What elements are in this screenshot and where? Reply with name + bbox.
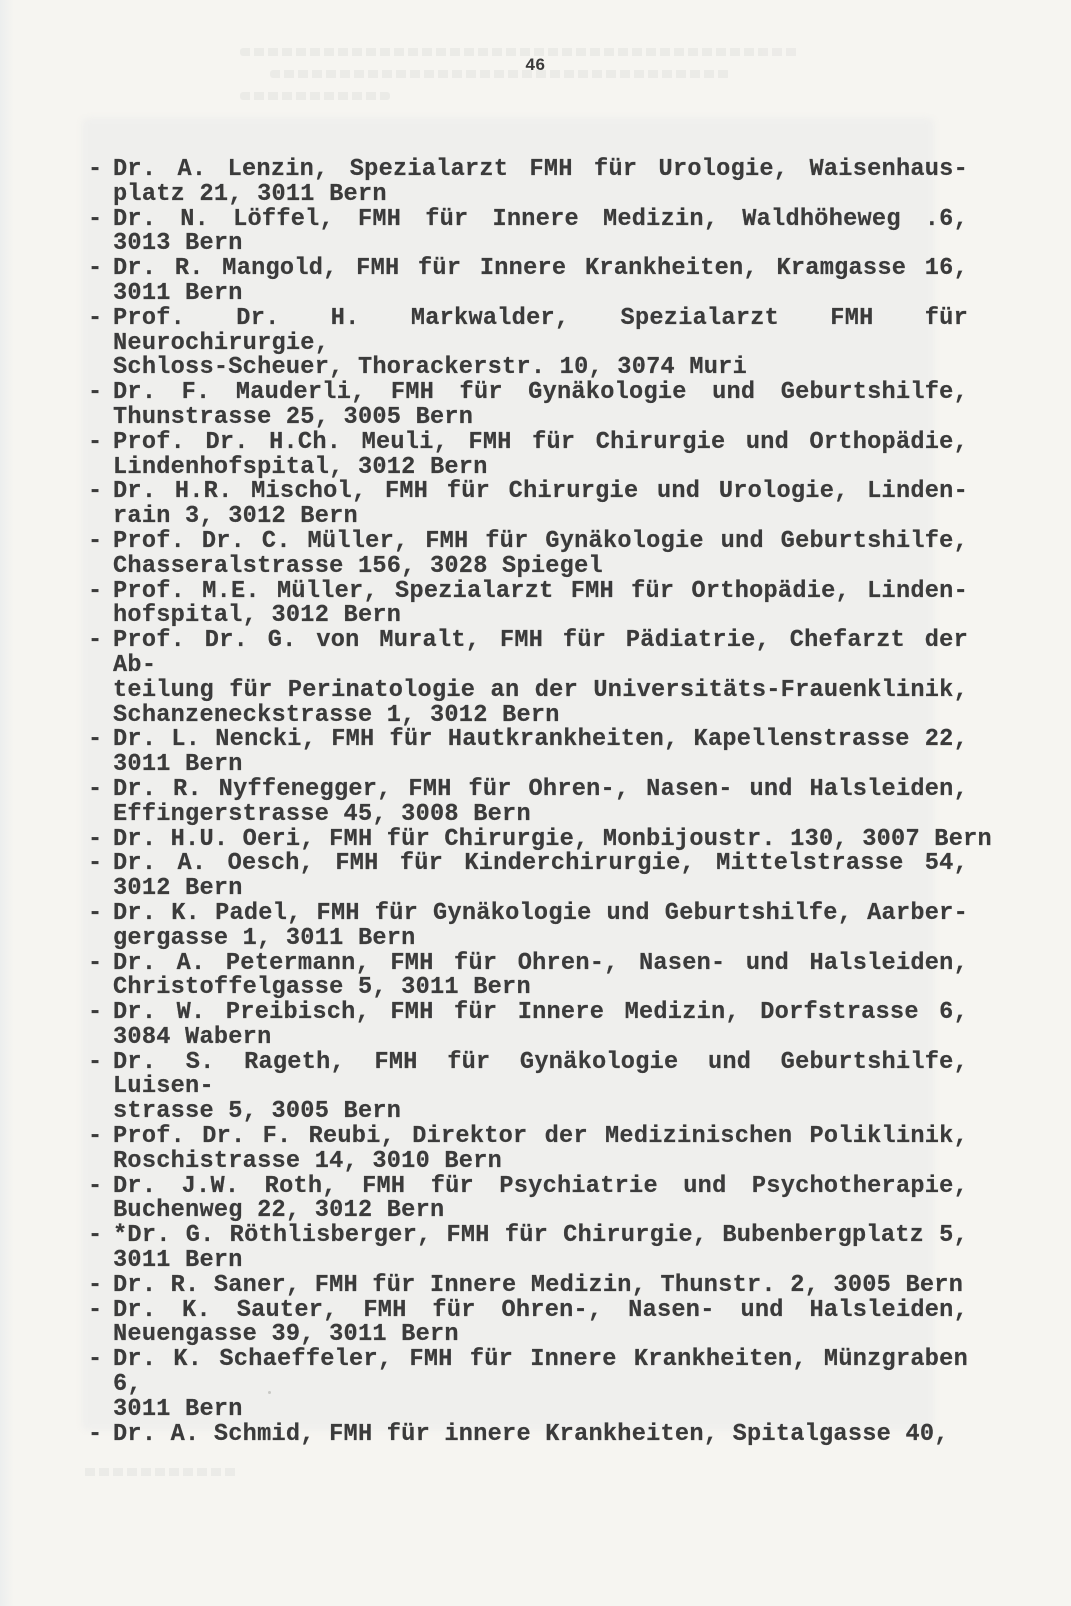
- physician-entry: - Dr. W. Preibisch, FMH für Innere Mediz…: [88, 1001, 968, 1051]
- physician-entry: - Prof. Dr. C. Müller, FMH für Gynäkolog…: [88, 530, 968, 580]
- bullet-dash: -: [88, 1348, 102, 1373]
- physician-entry: - Dr. K. Sauter, FMH für Ohren-, Nasen- …: [88, 1299, 968, 1349]
- physician-entry: - Prof. Dr. F. Reubi, Direktor der Mediz…: [88, 1125, 968, 1175]
- entry-line: Dr. H.R. Mischol, FMH für Chirurgie und …: [113, 480, 968, 505]
- entry-line: Dr. R. Saner, FMH für Innere Medizin, Th…: [113, 1274, 968, 1299]
- physician-entry: - *Dr. G. Röthlisberger, FMH für Chirurg…: [88, 1224, 968, 1274]
- physician-entry: - Dr. N. Löffel, FMH für Innere Medizin,…: [88, 208, 968, 258]
- bullet-dash: -: [88, 480, 102, 505]
- entry-line: 3084 Wabern: [113, 1026, 968, 1051]
- entry-line: 3011 Bern: [113, 753, 968, 778]
- physician-entry: - Dr. J.W. Roth, FMH für Psychiatrie und…: [88, 1175, 968, 1225]
- entry-line: Effingerstrasse 45, 3008 Bern: [113, 803, 968, 828]
- entry-line: hofspital, 3012 Bern: [113, 604, 968, 629]
- entry-line: Neuengasse 39, 3011 Bern: [113, 1323, 968, 1348]
- physician-list: - Dr. A. Lenzin, Spezialarzt FMH für Uro…: [88, 158, 968, 1447]
- physician-entry: - Dr. S. Rageth, FMH für Gynäkologie und…: [88, 1051, 968, 1125]
- bullet-dash: -: [88, 431, 102, 456]
- bullet-dash: -: [88, 1274, 102, 1299]
- entry-line: Dr. A. Oesch, FMH für Kinderchirurgie, M…: [113, 852, 968, 877]
- ghost-text-line: [240, 92, 390, 100]
- bullet-dash: -: [88, 381, 102, 406]
- physician-entry: - Dr. K. Schaeffeler, FMH für Innere Kra…: [88, 1348, 968, 1422]
- reverse-side-bleed-through-bottom: [85, 1468, 235, 1476]
- physician-entry: - Dr. K. Padel, FMH für Gynäkologie und …: [88, 902, 968, 952]
- entry-line: Dr. L. Nencki, FMH für Hautkrankheiten, …: [113, 728, 968, 753]
- entry-line: strasse 5, 3005 Bern: [113, 1100, 968, 1125]
- physician-entry: - Dr. A. Schmid, FMH für innere Krankhei…: [88, 1423, 968, 1448]
- physician-entry: - Prof. Dr. G. von Muralt, FMH für Pädia…: [88, 629, 968, 728]
- entry-line: Dr. K. Padel, FMH für Gynäkologie und Ge…: [113, 902, 968, 927]
- entry-line: Dr. W. Preibisch, FMH für Innere Medizin…: [113, 1001, 968, 1026]
- page-number: 46: [0, 55, 1071, 75]
- bullet-dash: -: [88, 852, 102, 877]
- physician-entry: - Dr. H.R. Mischol, FMH für Chirurgie un…: [88, 480, 968, 530]
- physician-entry: - Dr. A. Oesch, FMH für Kinderchirurgie,…: [88, 852, 968, 902]
- bullet-dash: -: [88, 580, 102, 605]
- entry-line: Schanzeneckstrasse 1, 3012 Bern: [113, 704, 968, 729]
- bullet-dash: -: [88, 1051, 102, 1076]
- bullet-dash: -: [88, 629, 102, 654]
- entry-line: *Dr. G. Röthlisberger, FMH für Chirurgie…: [113, 1224, 968, 1249]
- entry-line: Dr. N. Löffel, FMH für Innere Medizin, W…: [113, 208, 968, 233]
- physician-entry: - Dr. R. Nyffenegger, FMH für Ohren-, Na…: [88, 778, 968, 828]
- bullet-dash: -: [88, 1001, 102, 1026]
- document-page: { "page": { "number": "46" }, "entries":…: [0, 0, 1071, 1606]
- entry-line: Dr. A. Petermann, FMH für Ohren-, Nasen-…: [113, 952, 968, 977]
- entry-line: 3011 Bern: [113, 1249, 968, 1274]
- bullet-dash: -: [88, 828, 102, 853]
- entry-line: rain 3, 3012 Bern: [113, 505, 968, 530]
- bullet-dash: -: [88, 778, 102, 803]
- bullet-dash: -: [88, 902, 102, 927]
- entry-line: Roschistrasse 14, 3010 Bern: [113, 1150, 968, 1175]
- bullet-dash: -: [88, 728, 102, 753]
- entry-line: teilung für Perinatologie an der Univers…: [113, 679, 968, 704]
- bullet-dash: -: [88, 952, 102, 977]
- physician-entry: - Dr. R. Mangold, FMH für Innere Krankhe…: [88, 257, 968, 307]
- bullet-dash: -: [88, 307, 102, 332]
- bullet-dash: -: [88, 1299, 102, 1324]
- entry-line: Dr. H.U. Oeri, FMH für Chirurgie, Monbij…: [113, 828, 968, 853]
- entry-line: 3013 Bern: [113, 232, 968, 257]
- physician-entry: - Prof. Dr. H.Ch. Meuli, FMH für Chirurg…: [88, 431, 968, 481]
- physician-entry: - Dr. L. Nencki, FMH für Hautkrankheiten…: [88, 728, 968, 778]
- entry-line: Dr. K. Schaeffeler, FMH für Innere Krank…: [113, 1348, 968, 1398]
- bullet-dash: -: [88, 208, 102, 233]
- bullet-dash: -: [88, 1125, 102, 1150]
- entry-line: Dr. F. Mauderli, FMH für Gynäkologie und…: [113, 381, 968, 406]
- bullet-dash: -: [88, 1423, 102, 1448]
- entry-line: Christoffelgasse 5, 3011 Bern: [113, 976, 968, 1001]
- entry-line: Prof. Dr. H. Markwalder, Spezialarzt FMH…: [113, 307, 968, 357]
- entry-line: 3011 Bern: [113, 282, 968, 307]
- physician-entry: - Dr. R. Saner, FMH für Innere Medizin, …: [88, 1274, 968, 1299]
- entry-line: Lindenhofspital, 3012 Bern: [113, 456, 968, 481]
- entry-line: Thunstrasse 25, 3005 Bern: [113, 406, 968, 431]
- physician-entry: - Dr. A. Petermann, FMH für Ohren-, Nase…: [88, 952, 968, 1002]
- bullet-dash: -: [88, 158, 102, 183]
- physician-entry: - Dr. F. Mauderli, FMH für Gynäkologie u…: [88, 381, 968, 431]
- physician-entry: - Prof. M.E. Müller, Spezialarzt FMH für…: [88, 580, 968, 630]
- page-edge-shadow: [0, 0, 14, 1606]
- entry-line: Dr. K. Sauter, FMH für Ohren-, Nasen- un…: [113, 1299, 968, 1324]
- entry-line: Prof. Dr. H.Ch. Meuli, FMH für Chirurgie…: [113, 431, 968, 456]
- entry-line: Prof. M.E. Müller, Spezialarzt FMH für O…: [113, 580, 968, 605]
- entry-line: Prof. Dr. C. Müller, FMH für Gynäkologie…: [113, 530, 968, 555]
- entry-line: Prof. Dr. G. von Muralt, FMH für Pädiatr…: [113, 629, 968, 679]
- entry-line: Buchenweg 22, 3012 Bern: [113, 1199, 968, 1224]
- entry-line: Schloss-Scheuer, Thorackerstr. 10, 3074 …: [113, 356, 968, 381]
- physician-entry: - Dr. A. Lenzin, Spezialarzt FMH für Uro…: [88, 158, 968, 208]
- entry-line: Dr. J.W. Roth, FMH für Psychiatrie und P…: [113, 1175, 968, 1200]
- entry-line: 3012 Bern: [113, 877, 968, 902]
- entry-line: platz 21, 3011 Bern: [113, 183, 968, 208]
- entry-line: 3011 Bern: [113, 1398, 968, 1423]
- bullet-dash: -: [88, 1224, 102, 1249]
- entry-line: Prof. Dr. F. Reubi, Direktor der Medizin…: [113, 1125, 968, 1150]
- bullet-dash: -: [88, 257, 102, 282]
- entry-line: Dr. R. Nyffenegger, FMH für Ohren-, Nase…: [113, 778, 968, 803]
- entry-line: Dr. A. Lenzin, Spezialarzt FMH für Urolo…: [113, 158, 968, 183]
- entry-line: Dr. R. Mangold, FMH für Innere Krankheit…: [113, 257, 968, 282]
- entry-line: Chasseralstrasse 156, 3028 Spiegel: [113, 555, 968, 580]
- physician-entry: - Dr. H.U. Oeri, FMH für Chirurgie, Monb…: [88, 828, 968, 853]
- entry-line: Dr. S. Rageth, FMH für Gynäkologie und G…: [113, 1051, 968, 1101]
- bullet-dash: -: [88, 1175, 102, 1200]
- entry-line: Dr. A. Schmid, FMH für innere Krankheite…: [113, 1423, 968, 1448]
- entry-line: gergasse 1, 3011 Bern: [113, 927, 968, 952]
- bullet-dash: -: [88, 530, 102, 555]
- physician-entry: - Prof. Dr. H. Markwalder, Spezialarzt F…: [88, 307, 968, 381]
